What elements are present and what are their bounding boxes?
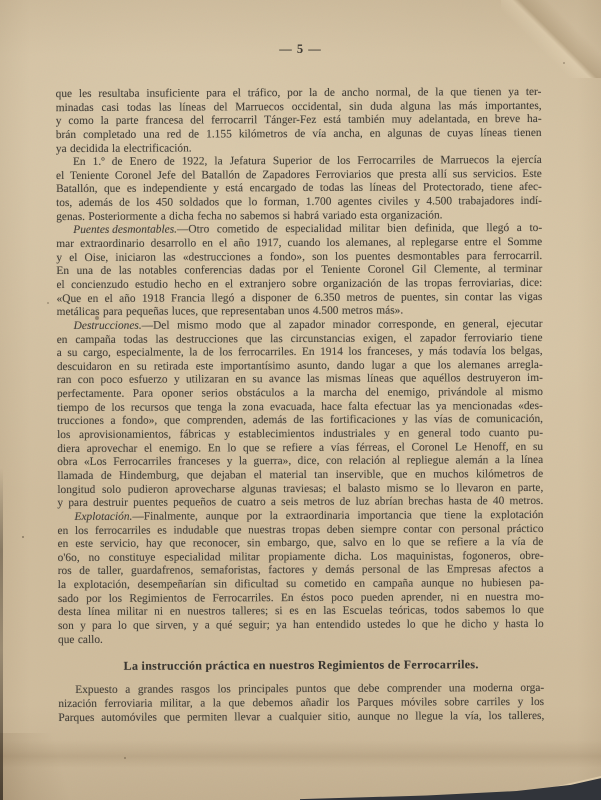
word: el: [333, 482, 341, 496]
word: ya: [56, 143, 67, 157]
word: Batallón: [201, 169, 240, 183]
word: que: [527, 604, 544, 618]
text-line: tiempodelosrecursosquetengalazonaevacuad…: [57, 400, 543, 416]
word: fondo»,: [270, 251, 305, 265]
word: líneas: [369, 182, 396, 196]
word: metros: [303, 496, 334, 510]
word: cuatro: [237, 496, 266, 510]
word: fondo»,: [122, 415, 157, 429]
word: también: [348, 114, 385, 128]
word: Tánger-Fez: [264, 114, 316, 128]
word: o'6o,: [58, 552, 80, 566]
word: comprender: [387, 683, 441, 697]
word: sirven,: [156, 619, 187, 633]
word: y: [312, 564, 318, 578]
body-text-before-heading: quelesresultabainsuficienteparaeltráfico…: [56, 86, 544, 647]
word: el: [305, 264, 313, 278]
word: vigas: [518, 291, 542, 305]
word: hecho: [174, 278, 201, 292]
word: cuando: [287, 237, 320, 251]
word: y: [56, 115, 62, 129]
word: que: [164, 711, 181, 725]
word: 1917,: [256, 237, 282, 251]
word: de: [203, 347, 214, 361]
word: francesa: [145, 115, 183, 129]
word: cometido: [217, 224, 259, 238]
word: efectuar: [374, 400, 411, 414]
word: Coronel: [411, 441, 448, 455]
word: En: [302, 346, 315, 360]
word: muchos: [433, 468, 468, 482]
word: a: [271, 496, 276, 510]
word: de: [532, 468, 543, 482]
word: que: [226, 196, 243, 210]
word: que: [420, 509, 437, 523]
word: 1922,: [182, 156, 208, 170]
word: más: [459, 100, 477, 114]
word: muy: [392, 114, 412, 128]
word: vía: [512, 536, 526, 550]
word: no: [397, 710, 408, 724]
word: vías: [434, 414, 452, 428]
word: propiamente: [268, 551, 325, 565]
word: llevar: [234, 711, 260, 725]
word: que: [462, 223, 479, 237]
paragraph: Explotación.—Finalmente,aunqueporlaextra…: [57, 509, 544, 648]
word: casi: [101, 101, 119, 115]
word: metros: [347, 291, 378, 305]
word: este: [196, 360, 214, 374]
word: el: [69, 252, 77, 266]
word: con: [78, 374, 95, 388]
word: el: [105, 292, 113, 306]
word: año: [233, 237, 250, 251]
word: siempre: [361, 523, 397, 537]
word: normal,: [376, 87, 411, 101]
word: tropas: [424, 277, 452, 291]
word: ya: [508, 86, 519, 100]
word: serios: [201, 387, 228, 401]
word: tos,: [56, 197, 72, 211]
word: que: [201, 306, 218, 320]
word: con: [326, 455, 343, 469]
word: son: [312, 251, 328, 265]
word: 6.350: [315, 291, 341, 305]
paragraph: Puentes desmontables.—Otrocometidodeespe…: [56, 222, 542, 320]
word: extraordinaria: [286, 510, 350, 524]
word: de: [95, 402, 106, 416]
word: en: [500, 482, 511, 496]
word: principales: [238, 683, 288, 697]
word: de: [340, 496, 351, 510]
word: cualquier: [279, 710, 321, 724]
word: hay: [146, 538, 163, 552]
word: la: [189, 347, 197, 361]
word: 1.º: [93, 156, 105, 170]
text-line: obra«LosFerrocarrilesfrancesesylaguerra»…: [57, 454, 543, 470]
word: está: [225, 183, 243, 197]
word: de: [119, 197, 130, 211]
word: militar: [229, 551, 259, 565]
word: de: [164, 156, 175, 170]
word: En: [56, 265, 69, 279]
word: de: [459, 414, 470, 428]
word: ejercía: [511, 154, 541, 168]
word: a: [319, 442, 324, 456]
word: una: [449, 683, 466, 697]
word: trabajadores: [458, 195, 514, 209]
word: afec-: [519, 181, 542, 195]
word: de: [418, 86, 429, 100]
word: la: [58, 579, 66, 593]
word: los: [219, 346, 232, 360]
word: para: [92, 620, 112, 634]
word: disponer: [252, 292, 291, 306]
word: Superior: [273, 155, 312, 169]
word: dice,: [298, 455, 320, 469]
dust-specks: [0, 0, 2, 2]
word: es: [157, 524, 167, 538]
word: lo: [118, 620, 127, 634]
word: del: [190, 115, 204, 129]
word: todas: [320, 182, 344, 196]
word: Empresas: [447, 564, 491, 578]
word: de: [112, 156, 123, 170]
word: alemanes,: [346, 237, 391, 251]
word: tenga: [197, 401, 222, 415]
word: la: [506, 454, 514, 468]
word: exigen,: [363, 332, 396, 346]
word: longitud: [57, 483, 95, 497]
word: a: [161, 210, 166, 224]
word: hace: [321, 401, 342, 415]
word: «destrucciones: [183, 251, 251, 265]
word: cuyas: [447, 127, 473, 141]
word: especialidad: [285, 223, 341, 237]
word: las: [499, 291, 512, 305]
word: recursos: [131, 401, 169, 415]
word: el: [254, 469, 262, 483]
word: tiene: [490, 182, 512, 196]
word: perfectamente.: [57, 388, 124, 402]
word: la: [101, 115, 109, 129]
word: las: [159, 101, 172, 115]
word: Destrucciones.—Del: [74, 319, 170, 333]
word: especialmente,: [116, 347, 183, 361]
word: y: [193, 619, 199, 633]
word: qué: [216, 619, 233, 633]
word: sado: [58, 593, 79, 607]
word: poco: [101, 374, 123, 388]
word: la: [309, 87, 317, 101]
word: es: [289, 605, 299, 619]
word: Ferrocarriles: [113, 456, 171, 470]
word: general: [418, 427, 452, 441]
word: franceses: [178, 456, 220, 470]
word: para: [206, 87, 226, 101]
word: 1914: [320, 346, 343, 360]
word: Los: [370, 550, 387, 564]
word: definida,: [414, 223, 454, 237]
word: Ferrocarriles: [357, 155, 415, 169]
word: todos: [434, 605, 459, 619]
word: Batallón,: [56, 183, 98, 197]
word: reconocer,: [193, 537, 240, 551]
word: hasta: [448, 495, 471, 509]
word: la: [450, 710, 458, 724]
word: por: [247, 510, 262, 524]
word: el: [404, 332, 412, 346]
word: ros: [58, 565, 72, 579]
word: Protectorado,: [423, 182, 484, 196]
word: y: [213, 183, 219, 197]
word: en: [306, 605, 317, 619]
word: aquéllos: [423, 373, 461, 387]
word: constituye: [109, 551, 156, 565]
word: en: [370, 128, 381, 142]
word: el: [493, 236, 501, 250]
word: mismo: [177, 319, 208, 333]
word: importantes,: [485, 100, 542, 114]
word: de: [188, 128, 199, 142]
word: tienen: [514, 127, 542, 141]
word: mo-: [525, 591, 543, 605]
word: a: [517, 222, 522, 236]
word: Teniente: [321, 264, 360, 278]
word: nuestros: [187, 606, 225, 620]
word: el: [219, 237, 227, 251]
word: llevaron: [456, 482, 493, 496]
word: que: [187, 469, 204, 483]
word: obra: [57, 456, 77, 470]
word: teóricas,: [389, 605, 427, 619]
top-right-fold-crease: [501, 0, 601, 78]
word: lo: [227, 442, 236, 456]
word: que: [225, 524, 242, 538]
word: la: [496, 154, 504, 168]
word: del: [214, 101, 228, 115]
word: decidida: [70, 142, 109, 156]
word: todo: [460, 427, 480, 441]
word: por: [86, 593, 101, 607]
word: en: [374, 537, 385, 551]
word: representaban: [221, 305, 284, 319]
word: para: [68, 497, 88, 511]
word: férreas,: [356, 441, 390, 455]
word: para: [466, 250, 486, 264]
word: balasto: [348, 482, 380, 496]
word: líneas: [480, 127, 507, 141]
text-line: yparadestruirpuentespequeñosdecuatroasei…: [57, 495, 543, 511]
word: en: [515, 441, 526, 455]
word: dicha.: [334, 551, 362, 565]
word: de: [324, 87, 335, 101]
word: militar: [117, 606, 147, 620]
word: material: [269, 469, 306, 483]
word: electrificación.: [124, 142, 192, 156]
word: pa-: [529, 577, 544, 591]
word: aunque: [421, 577, 454, 591]
word: oponer: [161, 388, 193, 402]
word: que: [408, 537, 425, 551]
word: especialidad: [164, 551, 220, 565]
word: la: [214, 156, 222, 170]
word: fecha: [197, 210, 222, 224]
word: algunas: [242, 483, 277, 497]
word: Marruecos: [235, 101, 284, 115]
word: y: [384, 428, 390, 442]
text-line: bráncompletadounaredde1.155kilómetrosdev…: [56, 127, 542, 143]
section-heading: La instrucción práctica en nuestros Regi…: [58, 657, 544, 674]
word: industriales: [323, 428, 376, 442]
word: sin: [349, 100, 362, 114]
body-text-after-heading: Expuestoagrandesrasgoslosprincipalespunt…: [58, 682, 544, 725]
word: las: [405, 277, 418, 291]
word: comprenden,: [187, 415, 246, 429]
word: nuestras: [248, 524, 285, 538]
word: se: [431, 537, 441, 551]
word: y: [518, 696, 524, 710]
word: hubiesen: [481, 577, 522, 591]
word: en: [88, 292, 99, 306]
word: de: [384, 291, 395, 305]
word: y: [57, 497, 63, 511]
word: los: [492, 345, 505, 359]
word: asunto,: [297, 360, 330, 374]
word: nuestra: [485, 591, 518, 605]
word: parte: [116, 115, 139, 129]
word: la: [496, 536, 504, 550]
word: ferrocarriles: [95, 524, 151, 538]
word: falta: [348, 400, 368, 414]
word: Marruecos: [440, 154, 489, 168]
word: que: [164, 415, 181, 429]
word: minadas: [56, 102, 94, 116]
word: contar: [464, 291, 493, 305]
word: de: [267, 224, 278, 238]
word: además: [253, 414, 287, 428]
word: los: [337, 155, 350, 169]
word: zona: [242, 401, 264, 415]
word: su: [286, 578, 296, 592]
word: fogoneros,: [462, 550, 510, 564]
word: a: [495, 454, 500, 468]
paragraph: En1.ºdeEnerode1922,laJefaturaSuperiordel…: [56, 154, 542, 224]
word: 1918: [142, 292, 165, 306]
word: líneas: [179, 101, 206, 115]
word: arregla-: [507, 359, 542, 373]
word: descuidaron: [57, 361, 112, 375]
word: que: [58, 634, 75, 648]
word: ni: [154, 606, 163, 620]
word: llegue: [415, 710, 443, 724]
word: en: [354, 578, 365, 592]
word: se: [266, 442, 276, 456]
word: llegó: [211, 292, 234, 306]
word: red: [167, 128, 182, 142]
word: el: [144, 442, 152, 456]
word: sin: [445, 291, 458, 305]
word: vías: [331, 441, 349, 455]
word: grandes: [138, 684, 173, 698]
word: no: [462, 577, 473, 591]
word: utilizaran: [186, 374, 229, 388]
word: y: [174, 374, 180, 388]
word: diera: [57, 443, 80, 457]
word: pueden: [361, 591, 394, 605]
word: los: [326, 237, 339, 251]
word: puntos: [296, 683, 326, 697]
word: desmontables: [397, 250, 459, 264]
word: brán: [56, 129, 76, 143]
word: personal: [462, 523, 501, 537]
word: de: [295, 128, 306, 142]
word: aunque: [206, 510, 239, 524]
word: en: [444, 318, 455, 332]
word: a: [125, 684, 130, 698]
word: la: [435, 86, 443, 100]
word: en: [399, 428, 410, 442]
word: allí: [432, 168, 447, 182]
word: debemos: [252, 697, 293, 711]
word: además: [79, 197, 113, 211]
paragraph: Expuestoagrandesrasgoslosprincipalespunt…: [58, 682, 544, 725]
word: contar: [403, 523, 432, 537]
word: Este: [522, 168, 542, 182]
word: desempeñarían: [138, 578, 206, 592]
word: sitio,: [328, 710, 351, 724]
word: que: [377, 168, 394, 182]
word: «des-: [518, 400, 543, 414]
word: a: [538, 563, 543, 577]
bottom-horizontal-crease: [0, 740, 601, 768]
word: seguir;: [239, 619, 270, 633]
word: Para: [133, 388, 153, 402]
word: insuficiente: [146, 87, 199, 101]
word: afectos: [499, 563, 531, 577]
word: Clemente,: [434, 264, 481, 278]
word: los: [57, 429, 70, 443]
word: que: [104, 183, 121, 197]
word: lo: [248, 196, 257, 210]
word: avance: [269, 373, 301, 387]
word: de: [194, 592, 205, 606]
word: las: [417, 400, 430, 414]
word: variado: [322, 210, 356, 224]
word: campaña: [373, 578, 414, 592]
word: ferrocarriles.: [238, 346, 297, 360]
word: los: [217, 684, 230, 698]
paragraph: Destrucciones.—Delmismomodoquealzapadorm…: [57, 318, 544, 511]
word: Parques: [357, 697, 393, 711]
word: a: [402, 359, 407, 373]
word: a: [484, 536, 489, 550]
word: debe: [358, 683, 380, 697]
word: las: [323, 605, 336, 619]
word: destruyeron: [467, 372, 521, 386]
word: a: [267, 711, 272, 725]
word: de: [408, 564, 419, 578]
word: de: [297, 292, 308, 306]
word: al: [397, 237, 405, 251]
word: línea: [88, 606, 110, 620]
word: Jefe: [157, 169, 175, 183]
word: refiere: [282, 442, 312, 456]
word: he: [445, 618, 456, 632]
word: éstos: [301, 592, 324, 606]
word: a: [57, 347, 62, 361]
word: Somme: [507, 236, 542, 250]
